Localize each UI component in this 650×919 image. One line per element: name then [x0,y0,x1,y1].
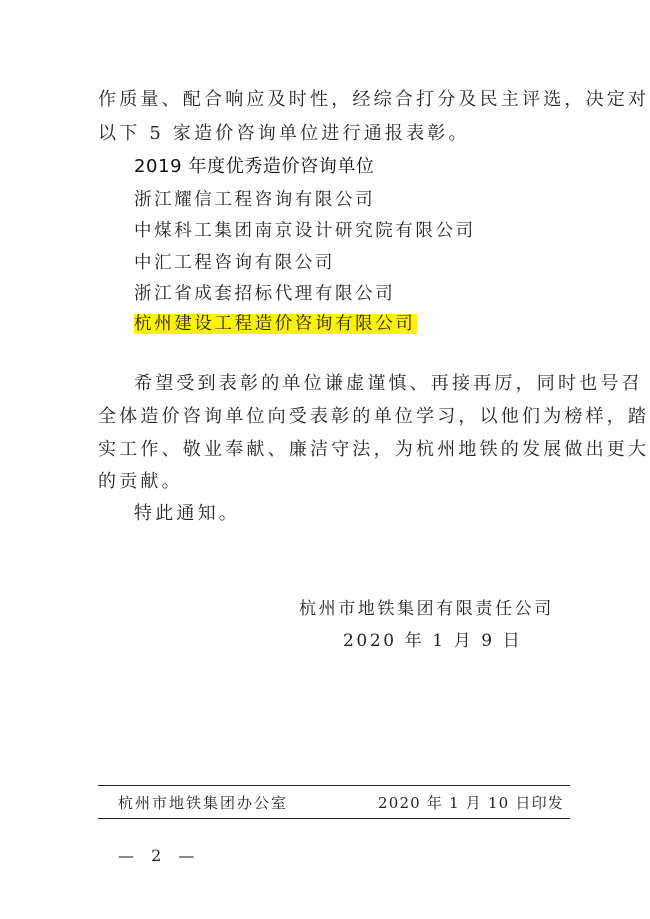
award-heading: 2019 年度优秀造价咨询单位 [134,155,375,179]
company-item-1: 浙江耀信工程咨询有限公司 [134,188,375,212]
page-number: — 2 — [118,846,200,865]
intro-line-1: 作质量、配合响应及时性，经综合打分及民主评选，决定对 [98,88,649,112]
signature-organization: 杭州市地铁集团有限责任公司 [299,594,554,619]
company-item-4: 浙江省成套招标代理有限公司 [134,282,395,306]
notice-line: 特此通知。 [134,502,240,526]
signature-date: 2020 年 1 月 9 日 [343,626,522,651]
highlighted-company: 杭州建设工程造价咨询有限公司 [134,314,417,334]
closing-line-4: 的贡献。 [98,470,183,494]
company-item-2: 中煤科工集团南京设计研究院有限公司 [134,219,476,243]
company-item-5-highlighted: 杭州建设工程造价咨询有限公司 [134,312,417,336]
closing-line-3: 实工作、敬业奉献、廉洁守法，为杭州地铁的发展做出更大 [98,438,649,462]
intro-line-2: 以下 5 家造价咨询单位进行通报表彰。 [98,122,470,146]
document-page: 作质量、配合响应及时性，经综合打分及民主评选，决定对 以下 5 家造价咨询单位进… [0,0,650,919]
closing-line-1: 希望受到表彰的单位谦虚谨慎、再接再厉，同时也号召 [134,372,643,396]
footer-bottom-rule [98,818,570,819]
closing-line-2: 全体造价咨询单位向受表彰的单位学习，以他们为榜样，踏 [98,405,649,429]
footer-top-rule [98,785,570,786]
footer-print-date: 2020 年 1 月 10 日印发 [378,792,564,813]
footer-issuer: 杭州市地铁集团办公室 [118,792,288,813]
company-item-3: 中汇工程咨询有限公司 [134,251,335,275]
